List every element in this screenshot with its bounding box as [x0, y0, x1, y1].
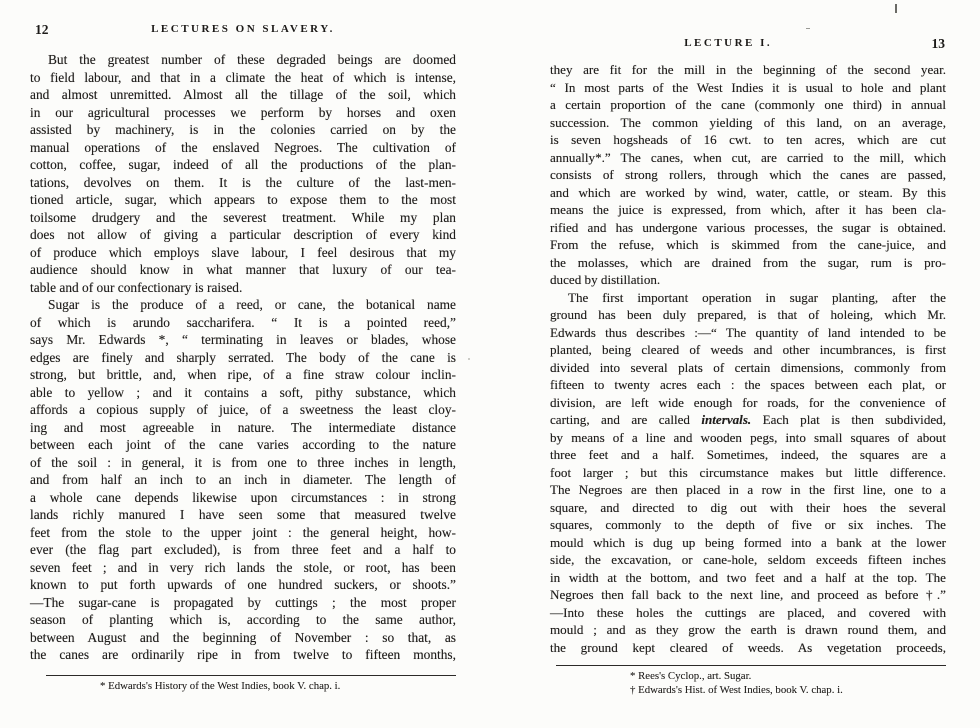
footnote-rule: [556, 665, 946, 666]
text-line: is seven hogsheads of 16 cwt. to ten acr…: [550, 131, 946, 149]
text-line: able to yellow ; and it contains a soft,…: [30, 384, 456, 402]
text-line: annually*.” The canes, when cut, are car…: [550, 149, 946, 167]
text-line: ing and most agreeable in nature. The in…: [30, 419, 456, 437]
text-line: affords a copious supply of juice, of a …: [30, 401, 456, 419]
text-line: they are fit for the mill in the beginni…: [550, 61, 946, 79]
text-line: three feet and a half. Sometimes, indeed…: [550, 446, 946, 464]
page-body: they are fit for the mill in the beginni…: [550, 61, 946, 656]
text-line: The first important operation in sugar p…: [550, 289, 946, 307]
text-line: mould which is dug up being formed into …: [550, 534, 946, 552]
text-line: by means of a line and wooden pegs, into…: [550, 429, 946, 447]
text-line: duced by distillation.: [550, 271, 946, 289]
text-line: ever (the flag part excluded), is from t…: [30, 541, 456, 559]
text-line: a certain proportion of the cane (common…: [550, 96, 946, 114]
text-line: and almost unremitted. Almost all the ti…: [30, 86, 456, 104]
running-header-title: LECTURE I.: [684, 37, 772, 49]
text-line: the canes are ordinarily ripe in from tw…: [30, 646, 456, 664]
footnote: * Rees's Cyclop., art. Sugar.: [550, 670, 946, 684]
text-line: From the refuse, which is skimmed from t…: [550, 236, 946, 254]
text-line: mould ; and as they grow the earth is dr…: [550, 621, 946, 639]
text-line: Negroes then fall back to the next line,…: [550, 586, 946, 604]
text-line: side, the excavation, or cane-hole, seld…: [550, 551, 946, 569]
right-page: LECTURE I. 13 they are fit for the mill …: [550, 36, 946, 697]
scan-speck: [895, 4, 897, 13]
text-line: audience should know in what manner that…: [30, 261, 456, 279]
text-line: tioned article, sugar, which appears to …: [30, 191, 456, 209]
footnote: † Edwards's Hist. of West Indies, book V…: [550, 684, 946, 698]
text-line: consists of strong rollers, through whic…: [550, 166, 946, 184]
text-line: the molasses, which are drained from the…: [550, 254, 946, 272]
text-line: known to put forth upwards of one hundre…: [30, 576, 456, 594]
text-line: does not allow of giving a particular de…: [30, 226, 456, 244]
text-line: says Mr. Edwards *, “ terminating in lea…: [30, 331, 456, 349]
text-line: assisted by machinery, is in the colonie…: [30, 121, 456, 139]
text-line: fifteen to twenty acres each : the space…: [550, 376, 946, 394]
scan-speck: [468, 358, 470, 360]
text-line: edges are finely and sharply serrated. T…: [30, 349, 456, 367]
left-page: 12 LECTURES ON SLAVERY. But the greatest…: [30, 22, 456, 693]
text-line: feet from the stole to the upper joint :…: [30, 524, 456, 542]
text-line: planted, being cleared of weeds and othe…: [550, 341, 946, 359]
text-line: division, are left wide enough for roads…: [550, 394, 946, 412]
text-line: of produce which employs slave labour, I…: [30, 244, 456, 262]
running-header-title: LECTURES ON SLAVERY.: [151, 23, 335, 35]
text-line: The Negroes are then placed in a row in …: [550, 481, 946, 499]
text-line: means the juice is expressed, from which…: [550, 201, 946, 219]
text-line: ground has been duly prepared, is that o…: [550, 306, 946, 324]
text-line: of the soil : in general, it is from one…: [30, 454, 456, 472]
text-line: square, and directed to dig out with the…: [550, 499, 946, 517]
text-line: season of planting which is, according t…: [30, 611, 456, 629]
text-line: in width at the bottom, and two feet and…: [550, 569, 946, 587]
text-line: the ground kept cleared of weeds. As veg…: [550, 639, 946, 657]
text-line: between August and the beginning of Nove…: [30, 629, 456, 647]
page-body: But the greatest number of these degrade…: [30, 51, 456, 664]
text-line: table and of our confectionary is raised…: [30, 279, 456, 297]
text-line: divided into several plats of certain di…: [550, 359, 946, 377]
text-line: to field labour, and that in a climate t…: [30, 69, 456, 87]
text-line: rified and has undergone various process…: [550, 219, 946, 237]
text-line: tations, devolves on them. It is the cul…: [30, 174, 456, 192]
text-line: squares, commonly to the depth of five o…: [550, 516, 946, 534]
text-line: “ In most parts of the West Indies it is…: [550, 79, 946, 97]
text-line: cotton, coffee, sugar, indeed of all the…: [30, 156, 456, 174]
text-line: foot larger ; but this circumstance make…: [550, 464, 946, 482]
text-line: Sugar is the produce of a reed, or cane,…: [30, 296, 456, 314]
text-line: —Into these holes the cuttings are place…: [550, 604, 946, 622]
text-line: succession. The common yielding of this …: [550, 114, 946, 132]
text-line: carting, and are called intervals. Each …: [550, 411, 946, 429]
footnotes: * Edwards's History of the West Indies, …: [30, 680, 456, 694]
text-line: seven feet ; and in very rich lands the …: [30, 559, 456, 577]
scan-speck: [806, 28, 810, 29]
text-line: a whole cane depends likewise upon circu…: [30, 489, 456, 507]
text-line: and from half an inch to an inch in diam…: [30, 471, 456, 489]
text-line: strong, but brittle, and, when ripe, of …: [30, 366, 456, 384]
text-line: in our agricultural processes we perform…: [30, 104, 456, 122]
running-head: LECTURE I. 13: [550, 36, 946, 52]
text-line: between each joint of the cane varies ac…: [30, 436, 456, 454]
text-line: manual operations of the enslaved Negroe…: [30, 139, 456, 157]
text-line: —The sugar-cane is propagated by cutting…: [30, 594, 456, 612]
text-line: lands richly manured I have seen some th…: [30, 506, 456, 524]
footnote-rule: [46, 675, 456, 676]
footnotes: * Rees's Cyclop., art. Sugar.† Edwards's…: [550, 670, 946, 697]
text-line: toilsome drudgery and the severest treat…: [30, 209, 456, 227]
footnote: * Edwards's History of the West Indies, …: [30, 680, 456, 694]
text-line: and which are worked by wind, water, cat…: [550, 184, 946, 202]
text-line: Edwards thus describes :—“ The quantity …: [550, 324, 946, 342]
page-number: 12: [35, 22, 49, 38]
text-line: of which is arundo saccharifera. “ It is…: [30, 314, 456, 332]
text-line: But the greatest number of these degrade…: [30, 51, 456, 69]
running-head: 12 LECTURES ON SLAVERY.: [30, 22, 456, 38]
page-number: 13: [932, 36, 946, 52]
